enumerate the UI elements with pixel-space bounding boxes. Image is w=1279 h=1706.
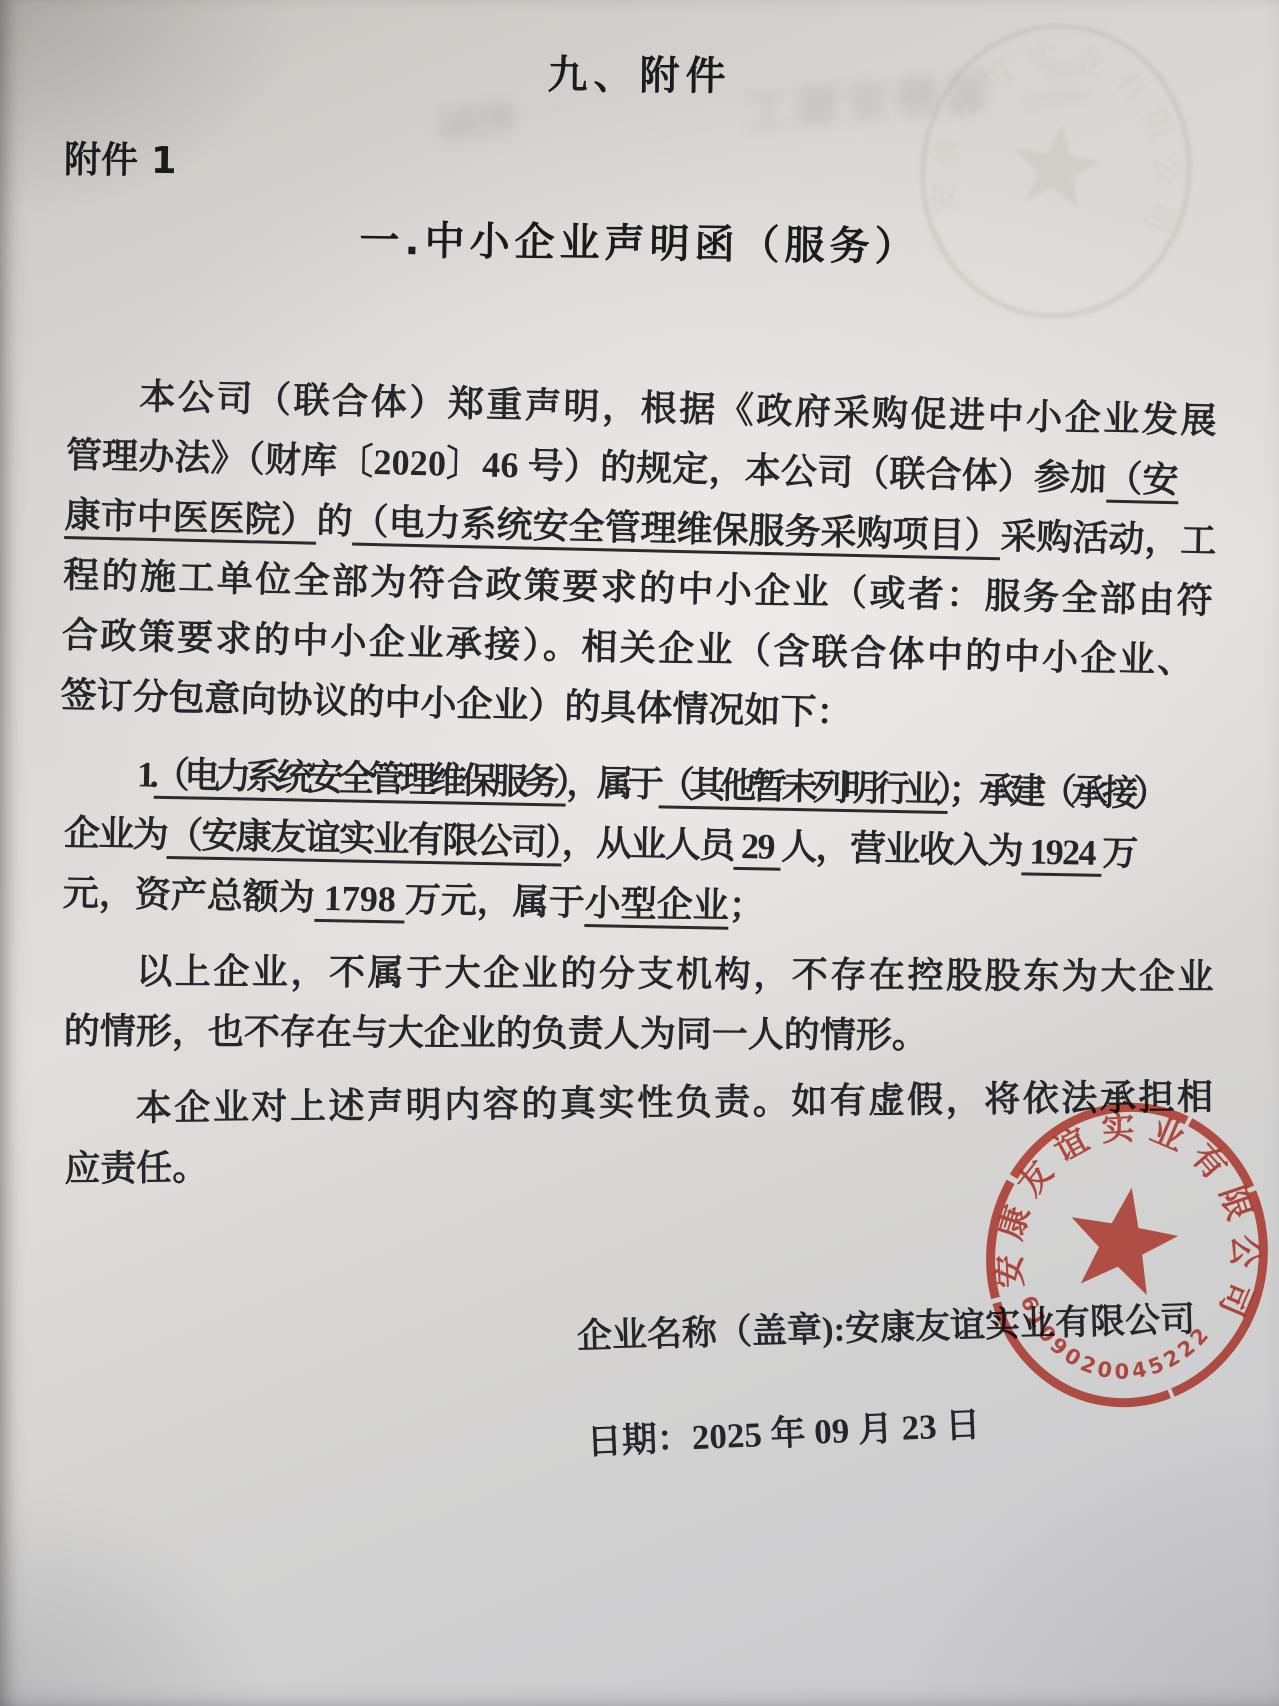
text-run: 本企业对上述声明内容的真实性负责。如有虚假，将依法承担相 [135, 1077, 1215, 1128]
text-run: 万 [1102, 833, 1137, 874]
text-run: 签订分包意向协议的中小企业）的具体情况如下： [60, 675, 853, 733]
section-heading: 九、附件 [64, 47, 1215, 105]
text-line: 本企业对上述声明内容的真实性负责。如有虚假，将依法承担相 [63, 1067, 1215, 1139]
underlined-text: 1924 [1021, 831, 1102, 877]
document-page: 二、装修安装工 明标 安康友谊实业有限公司 九、附件 附件 1 一.中小企业声明… [0, 0, 1279, 1706]
underlined-text: （电力系统安全管理维保服务） [153, 755, 567, 807]
underlined-text: 29 [733, 826, 781, 871]
underlined-text: 康市中医医院） [64, 495, 317, 545]
text-run: 的 [316, 501, 353, 542]
text-line: 的情形，也不存在与大企业的负责人为同一人的情形。 [64, 1001, 1215, 1067]
underlined-text: （安 [1106, 459, 1179, 505]
text-run: ； [728, 886, 765, 927]
text-run: 企业为 [64, 813, 168, 855]
text-run: ，从业人员 [561, 823, 734, 866]
declaration-title: 一.中小企业声明函（服务） [64, 211, 1216, 277]
underlined-text: 小型企业 [584, 883, 729, 930]
text-run: 万元，属于 [404, 880, 585, 923]
underlined-text: （电力系统安全管理维保服务采购项目） [352, 502, 1001, 561]
attachment-label: 附件 1 [64, 136, 1215, 196]
declaration-document: 九、附件 附件 1 一.中小企业声明函（服务） 本公司（联合体）郑重声明，根据《… [0, 0, 1279, 1473]
paragraph: 本企业对上述声明内容的真实性负责。如有虚假，将依法承担相应责任。 [63, 1067, 1215, 1199]
paragraph-area: 本公司（联合体）郑重声明，根据《政府采购促进中小企业发展管理办法》（财库〔202… [64, 365, 1215, 1199]
paragraph: 1.（电力系统安全管理维保服务），属于（其他暂未列明行业）；承建（承接）企业为（… [62, 743, 1216, 945]
date-line: 日期：2025 年 09 月 23 日 [586, 1385, 1216, 1473]
signature-company: 安康友谊实业有限公司 [845, 1300, 1196, 1349]
signature-label: 企业名称（盖章): [576, 1310, 845, 1356]
text-run: 采购活动，工 [1000, 516, 1217, 561]
underlined-text: （安康友谊实业有限公司） [167, 815, 562, 867]
underlined-text: 1798 [314, 878, 405, 924]
paragraph: 本公司（联合体）郑重声明，根据《政府采购促进中小企业发展管理办法》（财库〔202… [60, 365, 1219, 751]
underlined-text: （其他暂未列明行业） [658, 764, 948, 814]
text-line: 以上企业，不属于大企业的分支机构，不存在控股股东为大企业 [64, 941, 1215, 1007]
text-run: 应责任。 [64, 1147, 208, 1189]
signature-line: 企业名称（盖章):安康友谊实业有限公司 [576, 1289, 1215, 1367]
text-run: ；承建（承接） [948, 770, 1164, 814]
text-line: 应责任。 [64, 1127, 1216, 1199]
text-run: 人，营业收入为 [781, 827, 1022, 872]
text-run: 1. [137, 754, 154, 794]
text-run: 以上企业，不属于大企业的分支机构，不存在控股股东为大企业 [136, 951, 1216, 997]
text-run: 元，资产总额为 [62, 873, 315, 918]
paragraph: 以上企业，不属于大企业的分支机构，不存在控股股东为大企业的情形，也不存在与大企业… [64, 941, 1216, 1067]
text-run: ，属于 [566, 763, 659, 805]
text-run: 的情形，也不存在与大企业的负责人为同一人的情形。 [64, 1011, 928, 1056]
